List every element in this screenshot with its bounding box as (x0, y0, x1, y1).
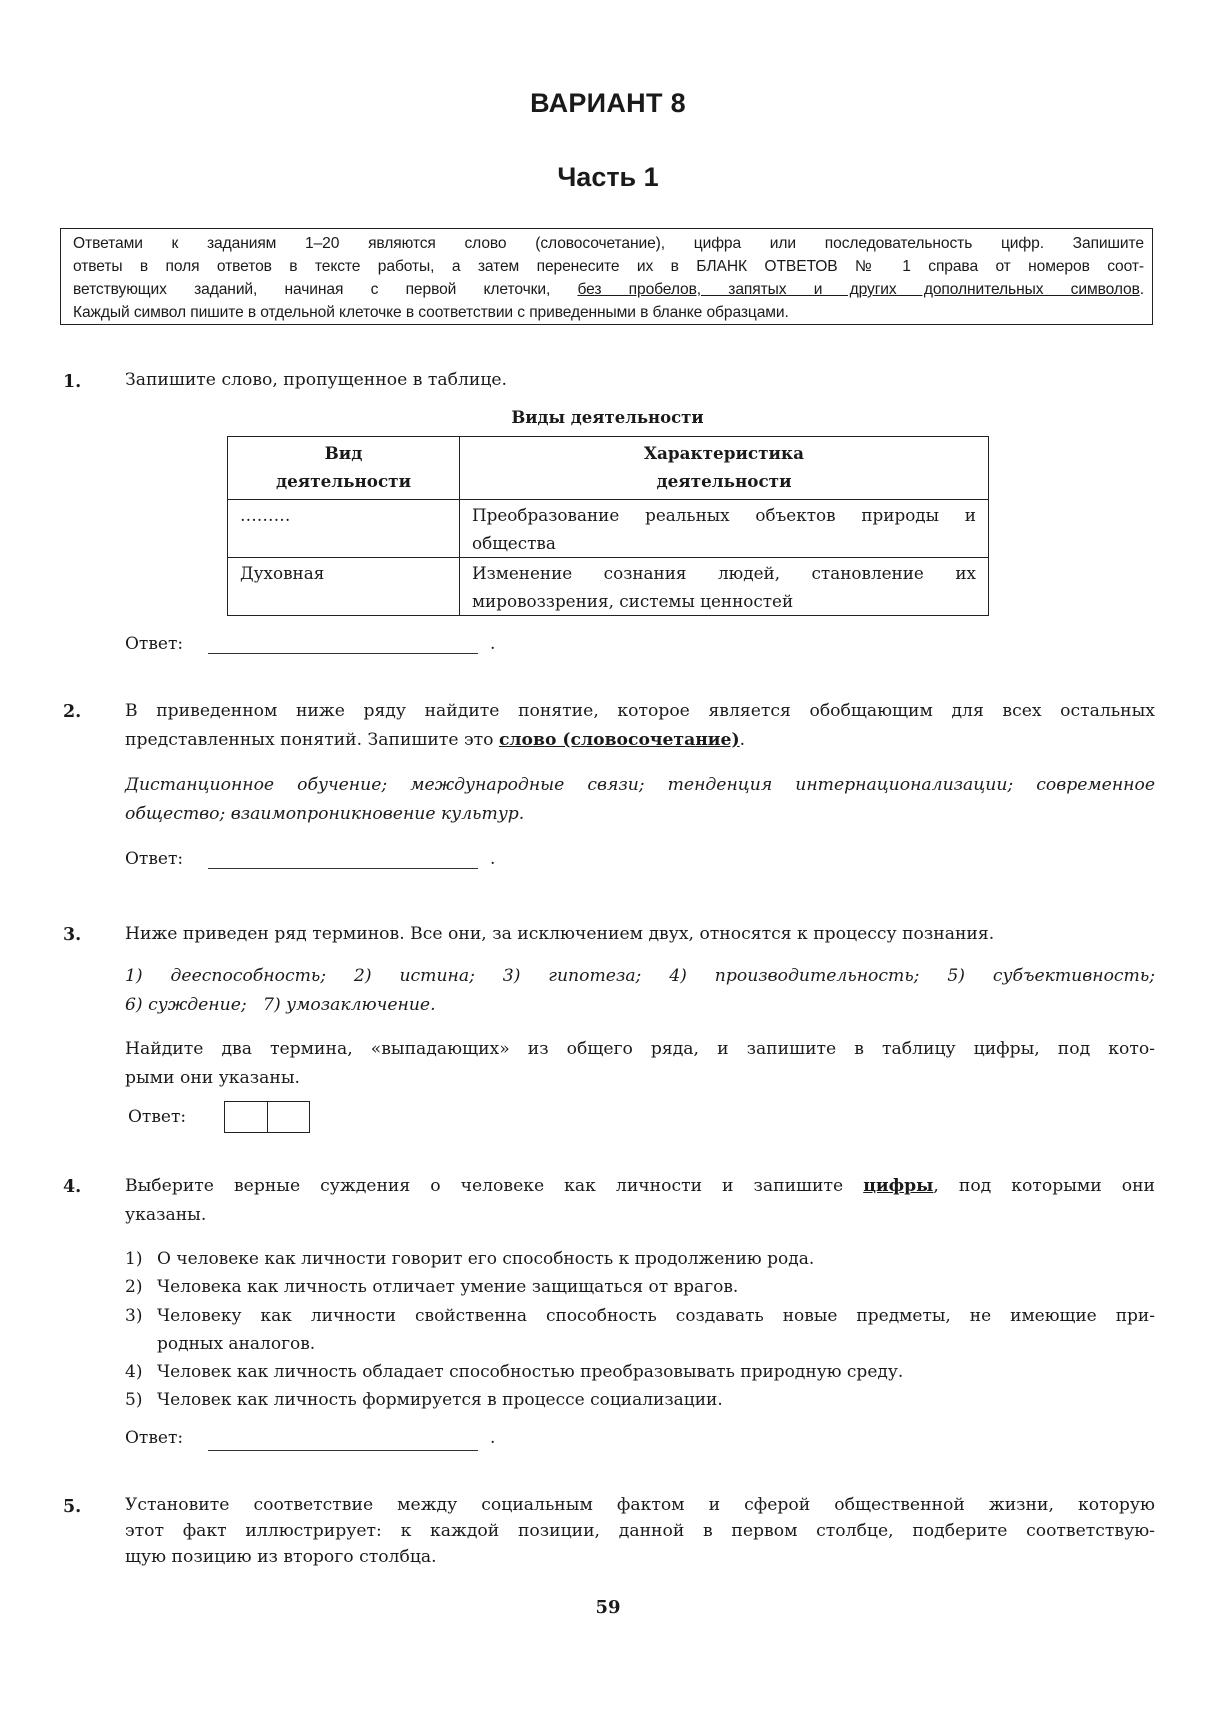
series-line: общество; взаимопроникновение культур. (125, 800, 1155, 829)
task-5-prompt: Установите соответствие между социальным… (125, 1492, 1155, 1570)
task-4-number: 4. (63, 1177, 81, 1197)
activity-table: Виддеятельности Характеристикадеятельнос… (227, 436, 989, 616)
task-3-terms: 1) дееспособность; 2) истина; 3) гипотез… (125, 962, 1155, 1020)
option-number: 2) (125, 1273, 157, 1302)
task-4-option-2: 2)Человека как личность отличает умение … (125, 1273, 1155, 1302)
table-header-row: Виддеятельности Характеристикадеятельнос… (228, 437, 989, 500)
option-text: О человеке как личности говорит его спос… (157, 1249, 814, 1269)
answer-dot: . (490, 1428, 495, 1448)
task-4-prompt: Выберите верные суждения о человеке как … (125, 1172, 1155, 1230)
prompt-text: представленных понятий. Запишите это (125, 730, 499, 750)
task-3-answer-cell-2[interactable] (267, 1102, 310, 1132)
instruction-line: ветствующих заданий, начиная с первой кл… (73, 278, 1144, 301)
terms-line: 1) дееспособность; 2) истина; 3) гипотез… (125, 962, 1155, 991)
answer-label: Ответ: (125, 634, 183, 654)
table-header-cell: Виддеятельности (228, 437, 460, 500)
table-row: ……… Преобразование реальных объектов при… (228, 500, 989, 558)
prompt-line: Выберите верные суждения о человеке как … (125, 1172, 1155, 1201)
variant-title: ВАРИАНТ 8 (0, 88, 1216, 119)
answer-label: Ответ: (125, 1428, 183, 1448)
option-number: 5) (125, 1386, 157, 1415)
option-number: 4) (125, 1358, 157, 1387)
instruction-line: Найдите два термина, «выпадающих» из общ… (125, 1035, 1155, 1064)
task-3-prompt: Ниже приведен ряд терминов. Все они, за … (125, 920, 1155, 949)
option-text: Человек как личность формируется в проце… (157, 1390, 723, 1410)
instruction-emphasis: без пробелов, запятых и других дополните… (577, 281, 1139, 298)
prompt-emphasis: слово (словосочетание) (499, 730, 740, 750)
task-2-number: 2. (63, 702, 81, 722)
prompt-line: представленных понятий. Запишите это сло… (125, 726, 1155, 755)
task-1-number: 1. (63, 372, 81, 392)
prompt-emphasis: цифры (863, 1176, 933, 1196)
option-text: Человека как личность отличает умение за… (157, 1277, 738, 1297)
task-5-number: 5. (63, 1497, 81, 1517)
prompt-text: Выберите верные суждения о человеке как … (125, 1176, 863, 1196)
prompt-text: , под которыми они (933, 1176, 1155, 1196)
option-number: 1) (125, 1245, 157, 1274)
task-4-option-3-cont: родных аналогов. (157, 1330, 1187, 1359)
answer-label: Ответ: (128, 1107, 186, 1127)
task-1-answer-field[interactable] (208, 653, 478, 654)
task-4-option-3: 3)Человеку как личности свойственна спос… (125, 1302, 1155, 1331)
instruction-line: рыми они указаны. (125, 1064, 1155, 1093)
option-text: Человеку как личности свойственна способ… (157, 1302, 1155, 1331)
task-3-answer-grid (224, 1101, 310, 1133)
table-cell: Изменение сознания людей, становление их… (460, 558, 989, 616)
task-3-number: 3. (63, 925, 81, 945)
answer-label: Ответ: (125, 849, 183, 869)
table-caption: Виды деятельности (227, 408, 988, 427)
instruction-text: . (1140, 281, 1144, 298)
task-4-option-1: 1)О человеке как личности говорит его сп… (125, 1245, 1155, 1274)
series-line: Дистанционное обучение; международные св… (125, 771, 1155, 800)
answer-dot: . (490, 634, 495, 654)
task-1-prompt: Запишите слово, пропущенное в таблице. (125, 366, 1155, 395)
prompt-line: этот факт иллюстрирует: к каждой позиции… (125, 1518, 1155, 1544)
instruction-text: ветствующих заданий, начиная с первой кл… (73, 281, 577, 298)
option-number: 3) (125, 1302, 157, 1331)
answer-dot: . (490, 849, 495, 869)
instruction-box: Ответами к заданиям 1–20 являются слово … (60, 228, 1153, 325)
task-2-series: Дистанционное обучение; международные св… (125, 771, 1155, 829)
table-cell: Духовная (228, 558, 460, 616)
instruction-line: ответы в поля ответов в тексте работы, а… (73, 255, 1144, 278)
table-cell-missing: ……… (228, 500, 460, 558)
task-3-answer-cell-1[interactable] (225, 1102, 267, 1132)
task-2-answer-field[interactable] (208, 868, 478, 869)
prompt-line: щую позицию из второго столбца. (125, 1544, 1155, 1570)
task-3-instruction: Найдите два термина, «выпадающих» из общ… (125, 1035, 1155, 1093)
page-number: 59 (0, 1597, 1216, 1618)
option-text: Человек как личность обладает способност… (157, 1362, 903, 1382)
table-cell: Преобразование реальных объектов природы… (460, 500, 989, 558)
part-title: Часть 1 (0, 162, 1216, 193)
task-4-option-4: 4)Человек как личность обладает способно… (125, 1358, 1155, 1387)
task-4-answer-field[interactable] (208, 1450, 478, 1451)
prompt-line: указаны. (125, 1201, 1155, 1230)
task-2-prompt: В приведенном ниже ряду найдите понятие,… (125, 697, 1155, 755)
prompt-text: . (740, 730, 745, 750)
table-row: Духовная Изменение сознания людей, стано… (228, 558, 989, 616)
option-text: родных аналогов. (157, 1334, 315, 1354)
prompt-line: В приведенном ниже ряду найдите понятие,… (125, 697, 1155, 726)
instruction-line: Ответами к заданиям 1–20 являются слово … (73, 232, 1144, 255)
prompt-line: Установите соответствие между социальным… (125, 1492, 1155, 1518)
instruction-line: Каждый символ пишите в отдельной клеточк… (73, 301, 1144, 324)
task-4-option-5: 5)Человек как личность формируется в про… (125, 1386, 1155, 1415)
table-header-cell: Характеристикадеятельности (460, 437, 989, 500)
terms-line: 6) суждение; 7) умозаключение. (125, 991, 1155, 1020)
